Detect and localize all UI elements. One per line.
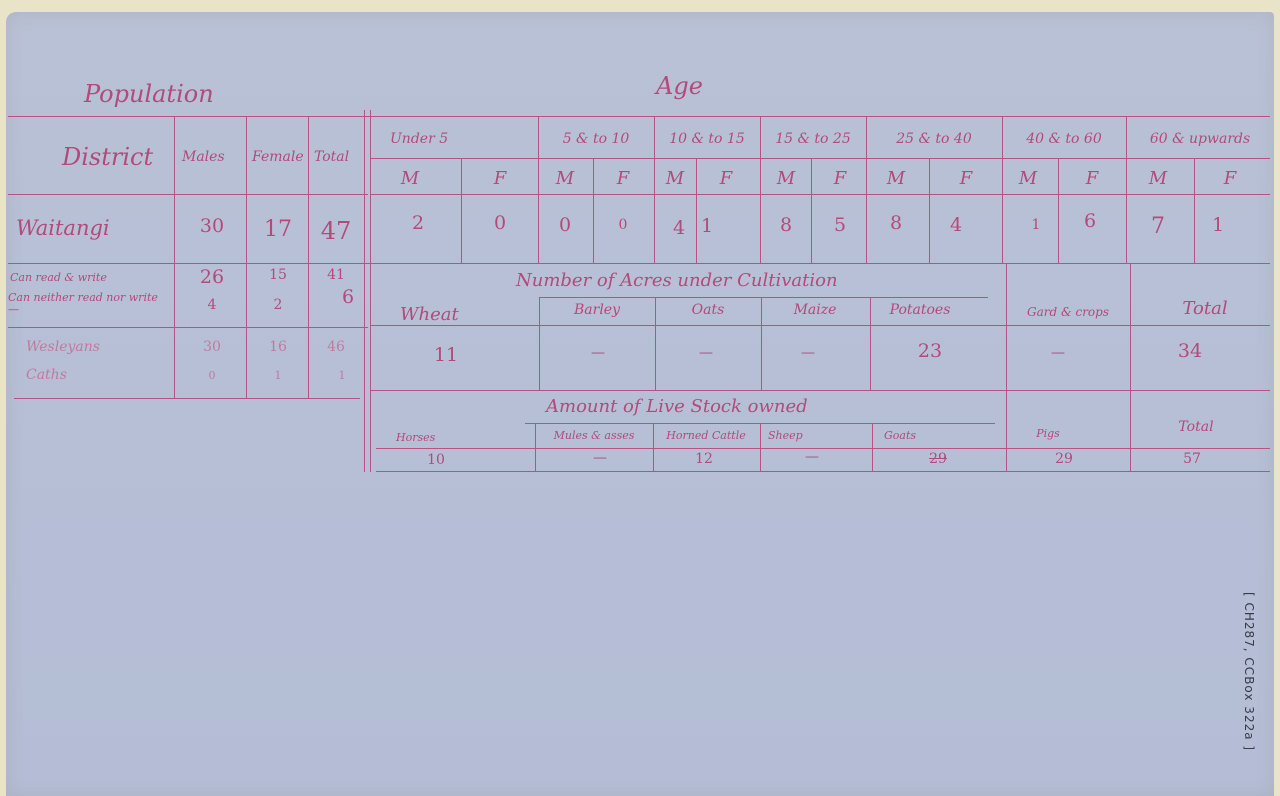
religion-males: 30: [203, 340, 221, 354]
literacy-females: 15: [269, 268, 287, 282]
rule: [539, 297, 540, 390]
literacy-label: Can neither read nor write —: [8, 292, 158, 316]
livestock-value: 57: [1183, 452, 1201, 466]
crop-value: —: [1051, 346, 1065, 360]
age-f-value: 4: [950, 216, 962, 235]
rule: [655, 297, 656, 390]
livestock-label: Horned Cattle: [666, 430, 745, 441]
rule: [370, 110, 371, 472]
livestock-label: Horses: [396, 432, 435, 443]
livestock-value-struck: 29: [929, 452, 947, 466]
rule: [1130, 263, 1131, 472]
age-f-label: F: [1224, 170, 1237, 188]
rule: [8, 263, 1270, 264]
rule: [540, 297, 988, 298]
age-m-label: M: [666, 170, 684, 188]
rule: [760, 423, 761, 471]
religion-label: Caths: [26, 368, 67, 382]
livestock-value: 12: [695, 452, 713, 466]
age-m-value: 1: [1032, 218, 1041, 232]
age-m-label: M: [1149, 170, 1167, 188]
rule: [461, 158, 462, 263]
crop-value: 11: [434, 346, 458, 365]
rule: [8, 327, 368, 328]
literacy-males: 26: [200, 268, 224, 287]
religion-females: 1: [275, 370, 282, 381]
rule: [370, 390, 1270, 391]
age-group-label: 15 & to 25: [775, 132, 851, 146]
age-f-value: 5: [834, 216, 846, 235]
age-group-label: 25 & to 40: [896, 132, 972, 146]
livestock-label: Mules & asses: [554, 430, 635, 441]
age-f-value: 6: [1084, 212, 1096, 231]
rule: [14, 398, 360, 399]
district-total: 47: [321, 219, 352, 243]
district-males: 30: [200, 217, 224, 236]
age-m-value: 2: [412, 214, 424, 233]
livestock-label: Sheep: [768, 430, 803, 441]
age-f-label: F: [1086, 170, 1099, 188]
age-m-label: M: [1019, 170, 1037, 188]
rule: [1126, 116, 1127, 263]
age-m-label: M: [887, 170, 905, 188]
religion-total: 46: [327, 340, 345, 354]
district-females: 17: [264, 219, 292, 241]
rule: [760, 116, 761, 263]
rule-top: [8, 116, 1270, 117]
rule: [8, 194, 368, 195]
cultivation-title: Number of Acres under Cultivation: [516, 272, 838, 290]
age-group-label: 40 & to 60: [1026, 132, 1102, 146]
rule: [929, 158, 930, 263]
crop-label: Total: [1182, 300, 1227, 318]
age-title: Age: [656, 74, 703, 98]
rule: [870, 297, 871, 390]
livestock-value: —: [805, 450, 819, 464]
crop-label: Potatoes: [890, 303, 951, 317]
rule: [174, 116, 175, 398]
rule: [593, 158, 594, 263]
age-m-value: 8: [780, 216, 792, 235]
literacy-total: 6: [342, 288, 354, 307]
livestock-label: Goats: [884, 430, 916, 441]
age-group-label: Under 5: [390, 132, 448, 146]
age-m-value: 7: [1151, 216, 1165, 238]
crop-label: Oats: [692, 303, 725, 317]
rule: [364, 110, 365, 472]
age-group-label: 5 & to 10: [563, 132, 630, 146]
religion-males: 0: [209, 370, 216, 381]
rule: [1002, 116, 1003, 263]
age-m-value: 8: [890, 214, 902, 233]
population-title: Population: [84, 82, 214, 106]
rule: [376, 471, 1270, 472]
religion-total: 1: [339, 370, 346, 381]
literacy-males: 4: [208, 298, 217, 312]
age-f-value: 1: [1212, 216, 1224, 235]
age-f-value: 0: [619, 218, 628, 232]
rule: [653, 423, 654, 471]
age-m-label: M: [401, 170, 419, 188]
literacy-label: Can read & write: [10, 272, 107, 283]
rule: [308, 116, 309, 398]
age-f-label: F: [494, 170, 507, 188]
rule: [1058, 158, 1059, 263]
age-m-label: M: [556, 170, 574, 188]
rule: [376, 448, 1270, 449]
crop-value: 23: [918, 342, 942, 361]
crop-value: —: [591, 346, 605, 360]
religion-females: 16: [269, 340, 287, 354]
rule: [538, 116, 539, 263]
livestock-label: Total: [1178, 420, 1213, 434]
rule: [370, 194, 1270, 195]
age-m-value: 0: [559, 216, 571, 235]
age-m-label: M: [777, 170, 795, 188]
rule: [866, 116, 867, 263]
rule: [370, 158, 1270, 159]
rule: [370, 325, 1270, 326]
age-group-label: 60 & upwards: [1150, 132, 1250, 146]
age-f-label: F: [617, 170, 630, 188]
crop-label: Barley: [574, 303, 620, 317]
religion-label: Wesleyans: [26, 340, 100, 354]
livestock-label: Pigs: [1036, 428, 1060, 439]
rule: [761, 297, 762, 390]
age-f-label: F: [834, 170, 847, 188]
livestock-value: 29: [1055, 452, 1073, 466]
age-f-value: 0: [494, 214, 506, 233]
crop-label: Maize: [794, 303, 837, 317]
livestock-title: Amount of Live Stock owned: [546, 398, 808, 416]
crop-value: —: [801, 346, 815, 360]
rule: [1194, 158, 1195, 263]
rule: [654, 116, 655, 263]
rule: [535, 423, 536, 471]
header-females: Female: [252, 150, 304, 164]
crop-value: —: [699, 346, 713, 360]
rule: [1006, 263, 1007, 472]
header-males: Males: [182, 150, 225, 164]
age-f-value: 1: [701, 217, 713, 236]
rule: [246, 116, 247, 398]
rule: [872, 423, 873, 471]
literacy-total: 41: [327, 268, 345, 282]
livestock-value: —: [593, 451, 607, 465]
literacy-females: 2: [274, 298, 283, 312]
rule: [811, 158, 812, 263]
crop-label: Wheat: [400, 306, 459, 324]
age-m-value: 4: [673, 219, 685, 238]
age-f-label: F: [960, 170, 973, 188]
header-district: District: [62, 145, 153, 169]
age-f-label: F: [720, 170, 733, 188]
header-total: Total: [314, 150, 349, 164]
crop-value: 34: [1178, 342, 1202, 361]
rule: [696, 158, 697, 263]
district-name: Waitangi: [16, 218, 110, 239]
archive-reference: [ CH287, CCBox 322a ]: [1242, 592, 1256, 751]
age-group-label: 10 & to 15: [669, 132, 745, 146]
crop-label: Gard & crops: [1027, 306, 1109, 318]
livestock-value: 10: [427, 453, 445, 467]
